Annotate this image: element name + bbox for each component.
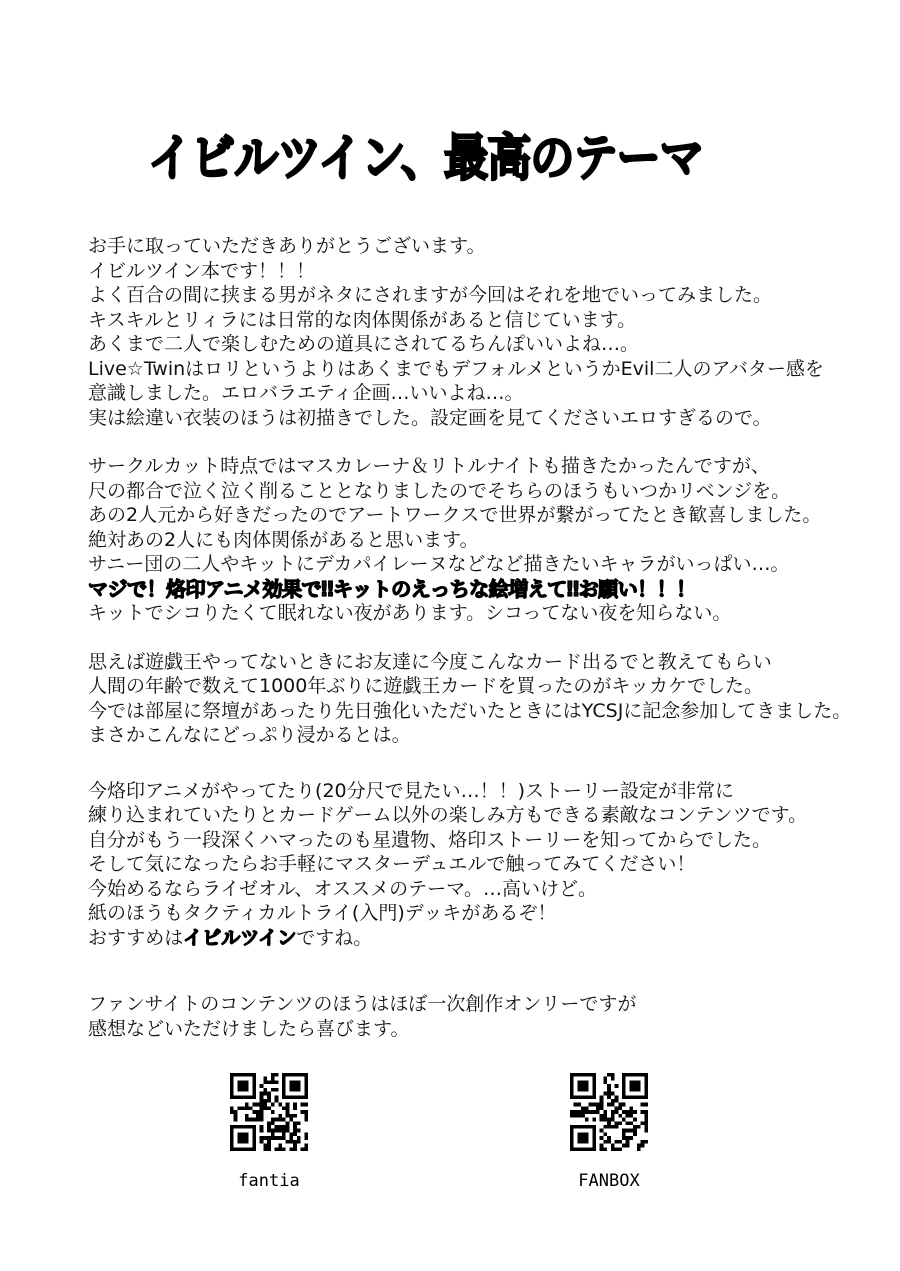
text-line: 実は絵違い衣装のほうは初描きでした。設定画を見てくださいエロすぎるので。 (88, 406, 851, 431)
qr-code-icon (230, 1073, 308, 1151)
body-text: お手に取っていただきありがとうございます。イビルツイン本です！！！よく百合の間に… (88, 234, 851, 1065)
text-line: 今烙印アニメがやってたり(20分尺で見たい…！！)ストーリー設定が非常に (88, 779, 851, 804)
qr-item-fantia: fantia (230, 1073, 308, 1191)
qr-label-fantia: fantia (230, 1171, 308, 1191)
text-line: 思えば遊戯王やってないときにお友達に今度こんなカード出るでと教えてもらい (88, 650, 851, 675)
text-line: マジで！烙印アニメ効果で‼キットのえっちな絵増えて‼お願い！！！ (88, 577, 851, 602)
text-line: 人間の年齢で数えて1000年ぶりに遊戯王カードを買ったのがキッカケでした。 (88, 674, 851, 699)
text-line: キスキルとリィラには日常的な肉体関係があると信じています。 (88, 308, 851, 333)
text-line: 練り込まれていたりとカードゲーム以外の楽しみ方もできる素敵なコンテンツです。 (88, 803, 851, 828)
text-line: 尺の都合で泣く泣く削ることとなりましたのでそちらのほうもいつかリベンジを。 (88, 479, 851, 504)
text-line: おすすめはイビルツインですね。 (88, 926, 851, 951)
text-line: ファンサイトのコンテンツのほうはほぼ一次創作オンリーですが (88, 992, 851, 1017)
qr-label-fanbox: FANBOX (570, 1171, 648, 1191)
page-title: イビルツイン、最高のテーマ (148, 118, 703, 190)
paragraph: お手に取っていただきありがとうございます。イビルツイン本です！！！よく百合の間に… (88, 234, 851, 430)
text-line: 絶対あの2人にも肉体関係があると思います。 (88, 528, 851, 553)
text-segment-emphasis: イビルツイン (183, 927, 296, 949)
qr-section: fantia FANBOX (0, 1073, 900, 1213)
qr-item-fanbox: FANBOX (570, 1073, 648, 1191)
paragraph: 思えば遊戯王やってないときにお友達に今度こんなカード出るでと教えてもらい人間の年… (88, 650, 851, 748)
text-line: 今では部屋に祭壇があったり先日強化いただいたときにはYCSJに記念参加してきまし… (88, 699, 851, 724)
page: イビルツイン、最高のテーマ お手に取っていただきありがとうございます。イビルツイ… (0, 0, 900, 1271)
text-line: 自分がもう一段深くハマったのも星遺物、烙印ストーリーを知ってからでした。 (88, 828, 851, 853)
text-line: Live☆TwinはロリというよりはあくまでもデフォルメというかEvil二人のア… (88, 357, 851, 382)
text-segment: ですね。 (296, 927, 372, 949)
paragraph: ファンサイトのコンテンツのほうはほぼ一次創作オンリーですが感想などいただけました… (88, 992, 851, 1041)
text-line: 今始めるならライゼオル、オススメのテーマ。…高いけど。 (88, 877, 851, 902)
text-line: サークルカット時点ではマスカレーナ＆リトルナイトも描きたかったんですが、 (88, 454, 851, 479)
text-line: 意識しました。エロバラエティ企画…いいよね…。 (88, 381, 851, 406)
text-line: サニー団の二人やキットにデカパイレーヌなどなど描きたいキャラがいっぱい…。 (88, 552, 851, 577)
paragraph: サークルカット時点ではマスカレーナ＆リトルナイトも描きたかったんですが、尺の都合… (88, 454, 851, 626)
text-line: あくまで二人で楽しむための道具にされてるちんぽいいよね…。 (88, 332, 851, 357)
text-line: あの2人元から好きだったのでアートワークスで世界が繋がってたとき歓喜しました。 (88, 503, 851, 528)
text-line: よく百合の間に挟まる男がネタにされますが今回はそれを地でいってみました。 (88, 283, 851, 308)
qr-code-icon (570, 1073, 648, 1151)
text-segment: おすすめは (88, 927, 183, 949)
text-line: そして気になったらお手軽にマスターデュエルで触ってみてください！ (88, 852, 851, 877)
paragraph: 今烙印アニメがやってたり(20分尺で見たい…！！)ストーリー設定が非常に練り込ま… (88, 779, 851, 951)
text-line: お手に取っていただきありがとうございます。 (88, 234, 851, 259)
text-line: イビルツイン本です！！！ (88, 259, 851, 284)
text-line: まさかこんなにどっぷり浸かるとは。 (88, 723, 851, 748)
text-line: キットでシコりたくて眠れない夜があります。シコってない夜を知らない。 (88, 601, 851, 626)
text-line: 感想などいただけましたら喜びます。 (88, 1017, 851, 1042)
text-line: 紙のほうもタクティカルトライ(入門)デッキがあるぞ！ (88, 901, 851, 926)
